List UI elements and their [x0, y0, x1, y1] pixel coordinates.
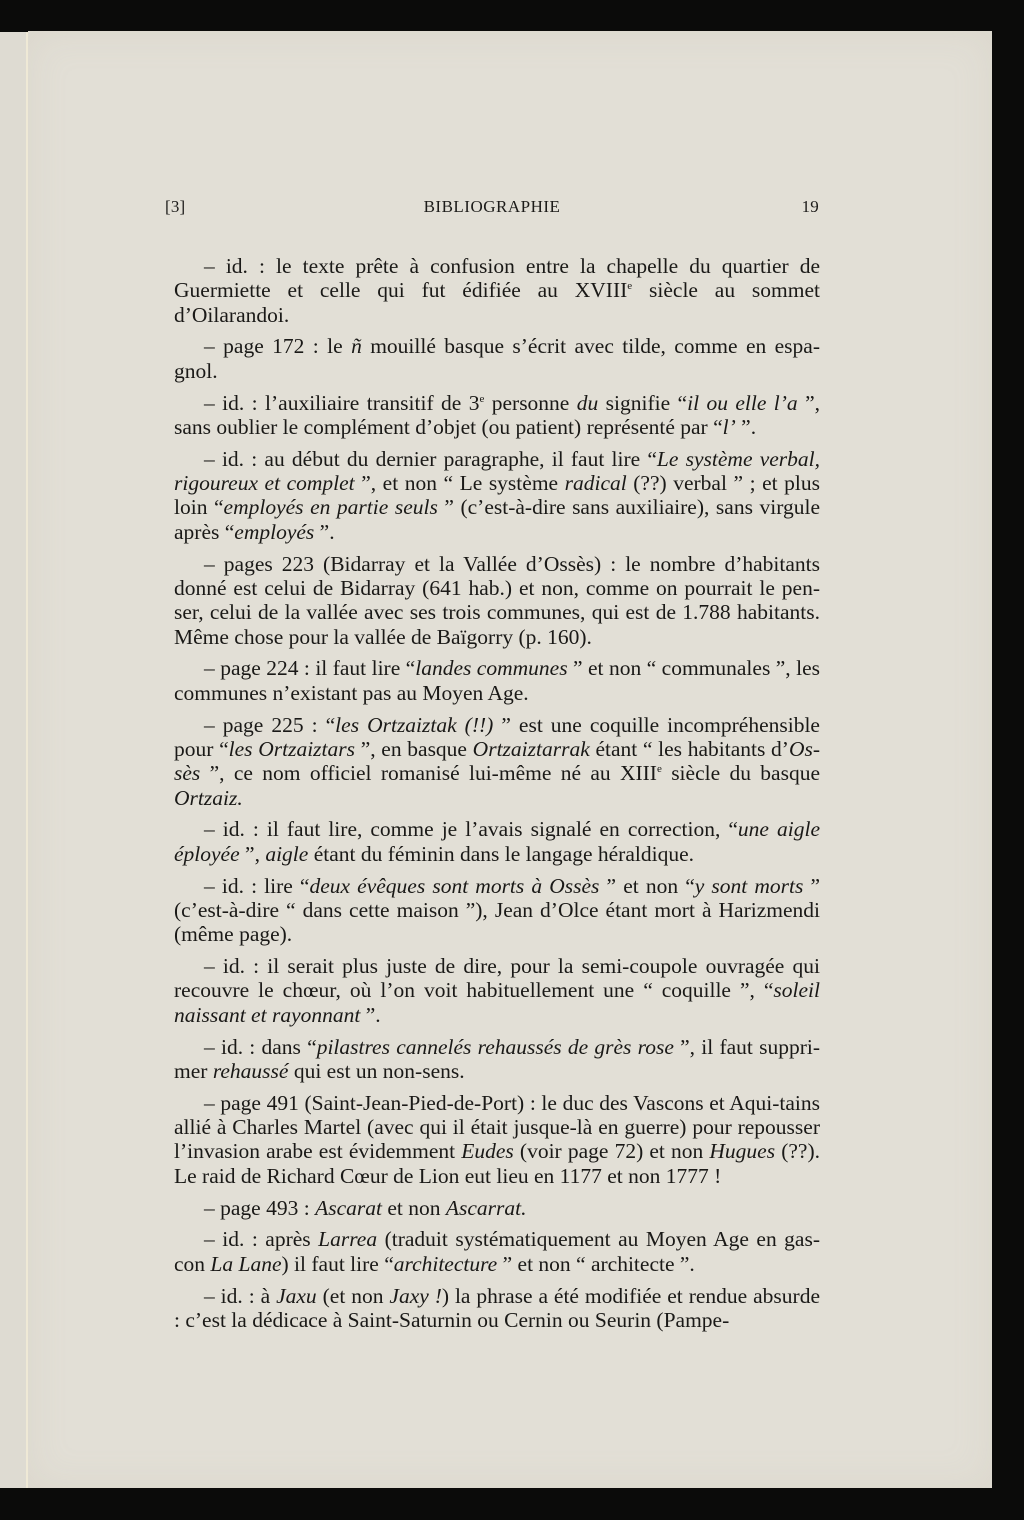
correction-paragraph: – page 172 : le ñ mouillé basque s’écrit…: [174, 334, 820, 383]
correction-paragraph: – pages 223 (Bidarray et la Vallée d’Oss…: [174, 552, 820, 649]
running-title: BIBLIOGRAPHIE: [165, 197, 819, 217]
body-text: – id. : le texte prête à confusion entre…: [174, 254, 820, 1340]
correction-paragraph: – id. : dans “pilastres cannelés rehauss…: [174, 1035, 820, 1084]
correction-paragraph: – page 225 : “les Ortzaiztak (!!) ” est …: [174, 713, 820, 810]
correction-paragraph: – id. : lire “deux évêques sont morts à …: [174, 874, 820, 947]
correction-paragraph: – id. : l’auxiliaire transitif de 3e per…: [174, 391, 820, 440]
correction-paragraph: – id. : le texte prête à confusion entre…: [174, 254, 820, 327]
previous-page-edge: [0, 32, 28, 1488]
correction-paragraph: – id. : après Larrea (traduit systématiq…: [174, 1227, 820, 1276]
page-number: 19: [802, 197, 819, 217]
correction-paragraph: – page 491 (Saint-Jean-Pied-de-Port) : l…: [174, 1091, 820, 1188]
correction-paragraph: – page 224 : il faut lire “landes commun…: [174, 656, 820, 705]
correction-paragraph: – id. : il faut lire, comme je l’avais s…: [174, 817, 820, 866]
running-header: [3] BIBLIOGRAPHIE 19: [165, 197, 819, 221]
correction-paragraph: – id. : il serait plus juste de dire, po…: [174, 954, 820, 1027]
correction-paragraph: – page 493 : Ascarat et non Ascarrat.: [174, 1196, 820, 1220]
correction-paragraph: – id. : au début du dernier paragraphe, …: [174, 447, 820, 544]
correction-paragraph: – id. : à Jaxu (et non Jaxy !) la phrase…: [174, 1284, 820, 1333]
